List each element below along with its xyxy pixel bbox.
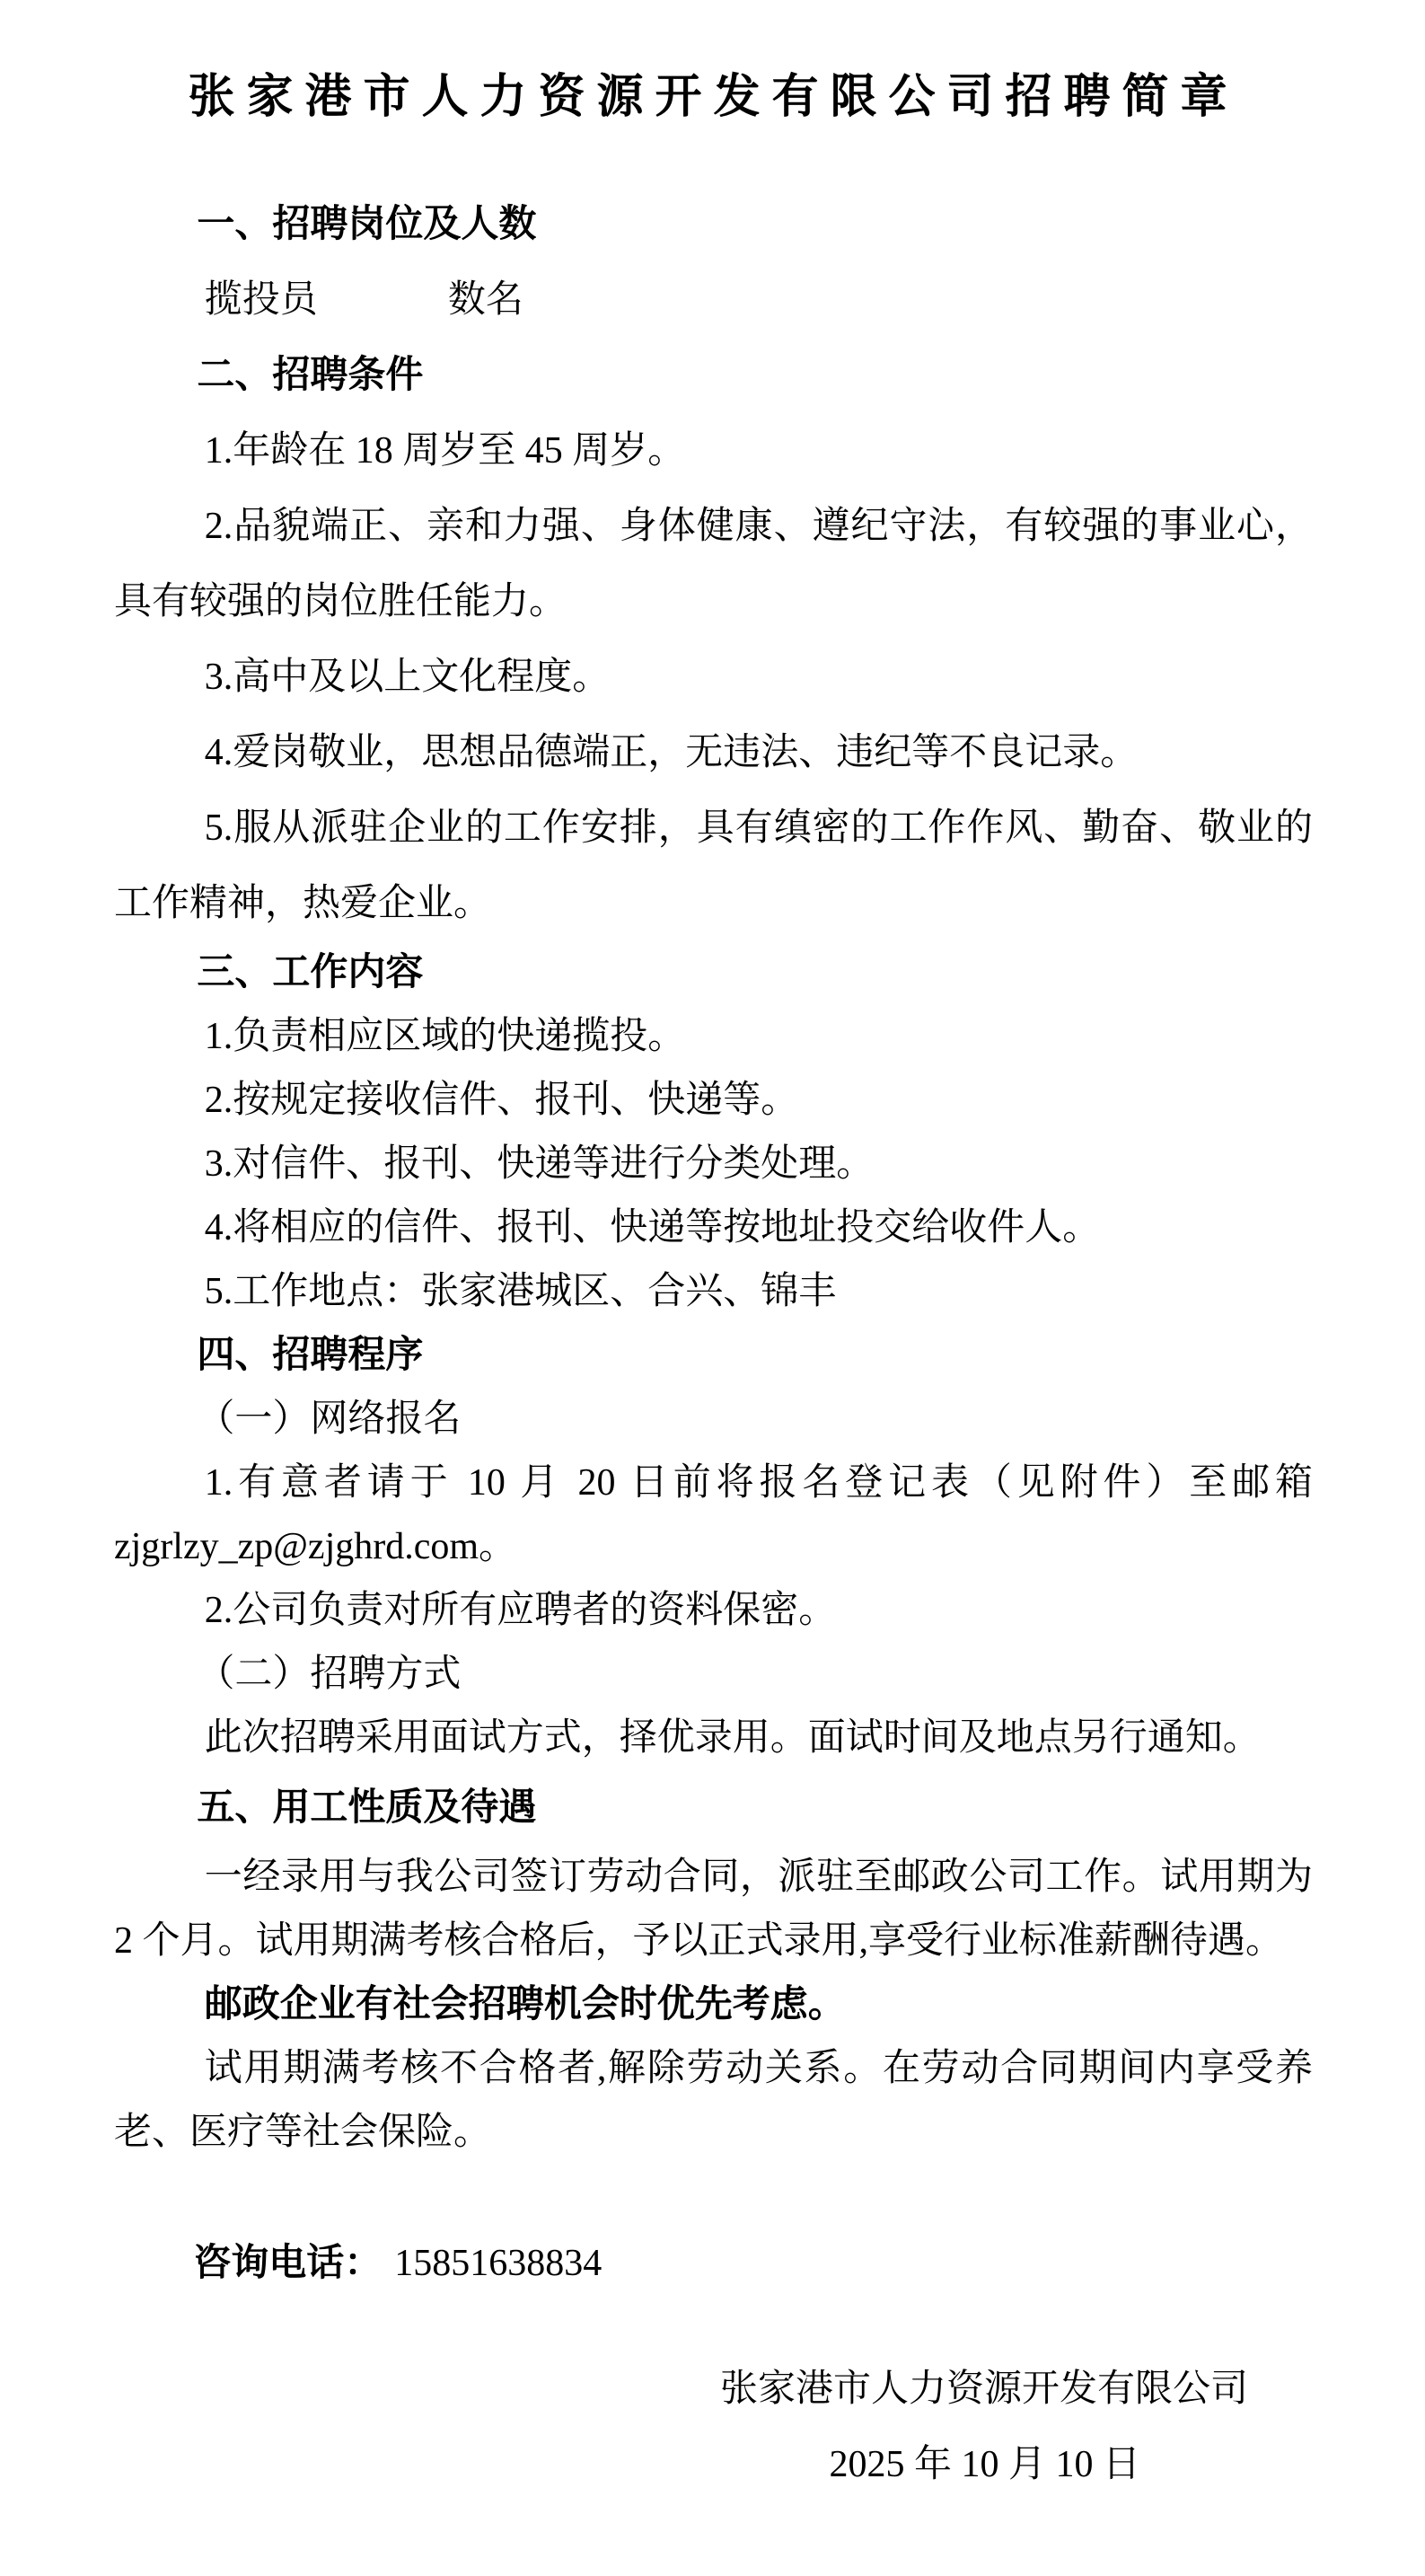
s2-item-4: 4.爱岗敬业，思想品德端正，无违法、违纪等不良记录。 (114, 715, 1313, 790)
signature-date: 2025 年 10 月 10 日 (114, 2427, 1313, 2502)
s5-paragraph-3: 试用期满考核不合格者,解除劳动关系。在劳动合同期间内享受养老、医疗等社会保险。 (114, 2037, 1313, 2165)
section-3-heading: 三、工作内容 (114, 941, 1313, 1005)
document-title: 张家港市人力资源开发有限公司招聘简章 (114, 54, 1313, 140)
position-row: 揽投员数名 (114, 262, 1313, 338)
contact-row: 咨询电话：15851638834 (114, 2226, 1313, 2301)
s2-item-5: 5.服从派驻企业的工作安排，具有缜密的工作作风、勤奋、敬业的工作精神，热爱企业。 (114, 790, 1313, 941)
s4-sub-2-heading: （二）招聘方式 (114, 1643, 1313, 1707)
signature-company: 张家港市人力资源开发有限公司 (114, 2351, 1313, 2427)
s3-item-2: 2.按规定接收信件、报刊、快递等。 (114, 1069, 1313, 1133)
section-5-heading: 五、用工性质及待遇 (114, 1770, 1313, 1846)
section-1-heading: 一、招聘岗位及人数 (114, 187, 1313, 262)
s5-paragraph-1: 一经录用与我公司签订劳动合同，派驻至邮政公司工作。试用期为 2 个月。试用期满考… (114, 1846, 1313, 1973)
s4-item-2: 2.公司负责对所有应聘者的资料保密。 (114, 1579, 1313, 1643)
section-4-heading: 四、招聘程序 (114, 1324, 1313, 1388)
contact-label: 咨询电话： (193, 2243, 382, 2284)
s2-item-3: 3.高中及以上文化程度。 (114, 640, 1313, 715)
s2-item-2: 2.品貌端正、亲和力强、身体健康、遵纪守法，有较强的事业心，具有较强的岗位胜任能… (114, 489, 1313, 640)
s3-item-1: 1.负责相应区域的快递揽投。 (114, 1005, 1313, 1069)
document-page: 张家港市人力资源开发有限公司招聘简章 一、招聘岗位及人数 揽投员数名 二、招聘条… (0, 0, 1425, 2576)
s2-item-1: 1.年龄在 18 周岁至 45 周岁。 (114, 413, 1313, 489)
s4-sub-1-heading: （一）网络报名 (114, 1388, 1313, 1451)
s3-item-5: 5.工作地点：张家港城区、合兴、锦丰 (114, 1260, 1313, 1324)
s4-text: 此次招聘采用面试方式，择优录用。面试时间及地点另行通知。 (114, 1707, 1313, 1770)
s3-item-3: 3.对信件、报刊、快递等进行分类处理。 (114, 1133, 1313, 1196)
position-name: 揽投员 (205, 279, 318, 321)
s3-item-4: 4.将相应的信件、报刊、快递等按地址投交给收件人。 (114, 1196, 1313, 1260)
section-2-heading: 二、招聘条件 (114, 338, 1313, 413)
position-headcount: 数名 (448, 279, 523, 321)
s5-paragraph-2-bold: 邮政企业有社会招聘机会时优先考虑。 (114, 1973, 1313, 2037)
contact-phone-number: 15851638834 (394, 2243, 602, 2284)
s4-item-1: 1.有意者请于 10 月 20 日前将报名登记表（见附件）至邮箱 zjgrlzy… (114, 1451, 1313, 1579)
